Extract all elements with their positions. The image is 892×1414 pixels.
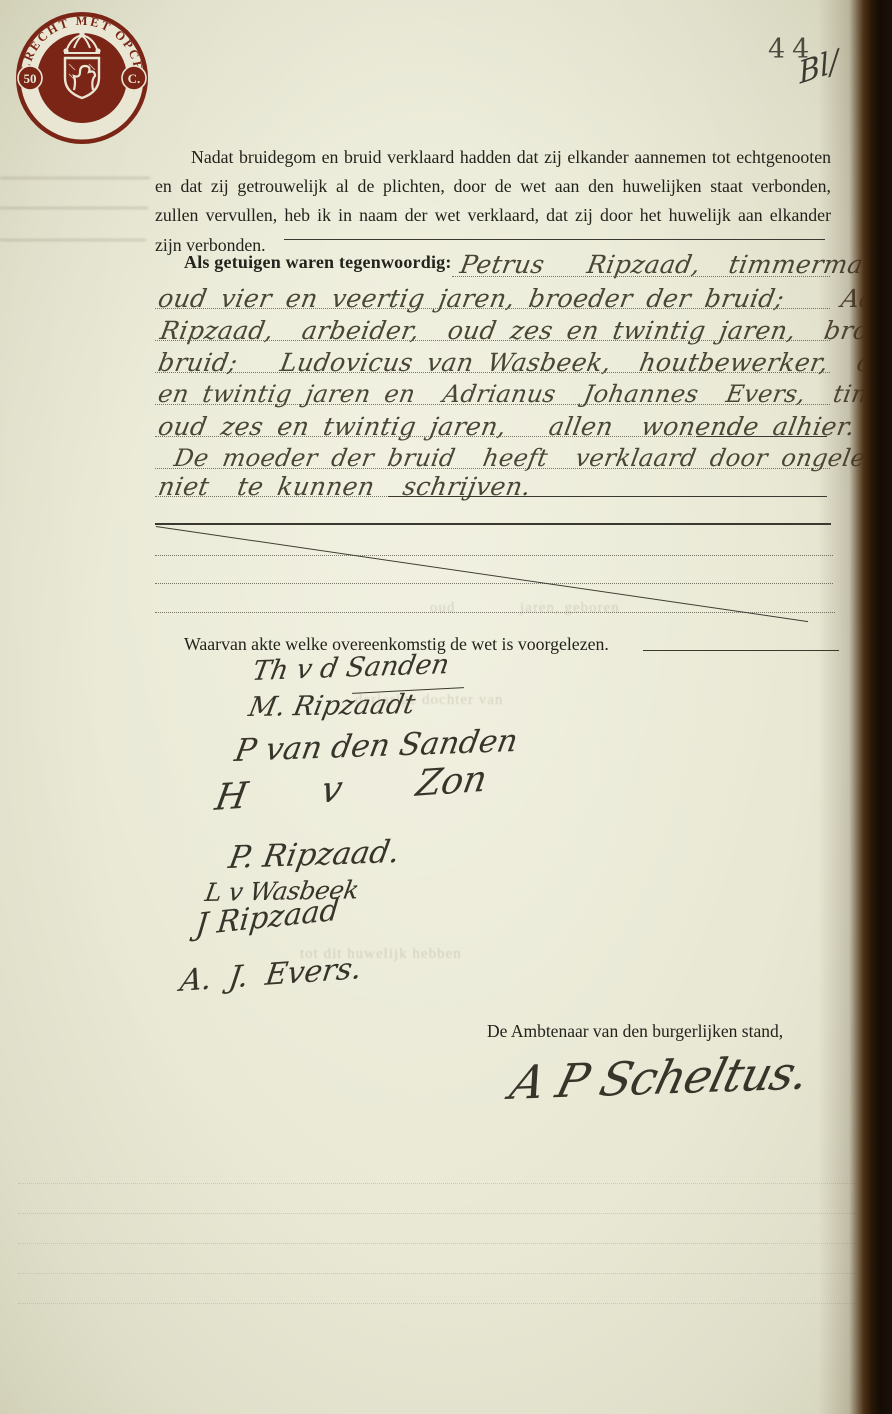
rule-line [155,612,835,613]
rule-line [388,496,827,497]
rule-line [696,436,827,437]
registrar-label: De Ambtenaar van den burgerlijken stand, [487,1021,783,1042]
bleedthrough-rule [18,1243,856,1244]
rule-line [155,523,831,525]
declaration-line: zullen vervullen, heb ik in naam der wet… [155,201,831,230]
bleedthrough-rule [18,1213,856,1214]
rule-line [155,583,833,584]
rule-line [643,650,839,651]
signature-witness: P. Ripzaad. [226,834,403,876]
bleedthrough-rule [18,1303,856,1304]
rule-line [155,340,830,341]
rule-line [155,436,695,437]
stamp-denomination-right: C. [122,66,146,90]
declaration-line: Nadat bruidegom en bruid verklaard hadde… [155,143,831,172]
rule-line [155,308,830,309]
bleedthrough-text: jaren, geboren [520,600,620,617]
book-binding-edge [818,0,892,1414]
svg-text:C.: C. [128,71,141,86]
rule-line [155,372,830,373]
bleedthrough-rule [18,1183,856,1184]
declaration-line: en dat zij getrouwelijk al de plichten, … [155,172,831,201]
bleedthrough-smudge [0,239,146,241]
rule-line [155,555,833,556]
strike-through-diagonal-line [156,526,808,622]
rule-line [155,468,830,469]
signature-registrar: A P Scheltus. [505,1045,814,1110]
rule-line [452,276,830,277]
witnesses-label: Als getuigen waren tegenwoordig: [184,252,452,273]
bleedthrough-smudge [0,177,150,179]
signature-groom: Th v d Sanden [250,649,452,687]
bleedthrough-text: oud [430,600,456,617]
rule-line [155,496,387,497]
bleedthrough-text: derjarige dochter van [355,692,503,709]
svg-text:50: 50 [24,71,37,86]
marriage-certificate-page: ZEGELRECHT MET OPCENTEN 's GR. ★ 1911 50 [0,0,892,1414]
rule-line [284,239,825,240]
bleedthrough-text: tot dit huwelijk hebben [300,946,462,963]
bleedthrough-rule [18,1273,856,1274]
bleedthrough-smudge [0,207,148,209]
rule-line [155,404,830,405]
declaration-paragraph: Nadat bruidegom en bruid verklaard hadde… [155,143,831,260]
revenue-stamp-seal: ZEGELRECHT MET OPCENTEN 's GR. ★ 1911 50 [12,8,152,148]
stamp-denomination-left: 50 [18,66,42,90]
